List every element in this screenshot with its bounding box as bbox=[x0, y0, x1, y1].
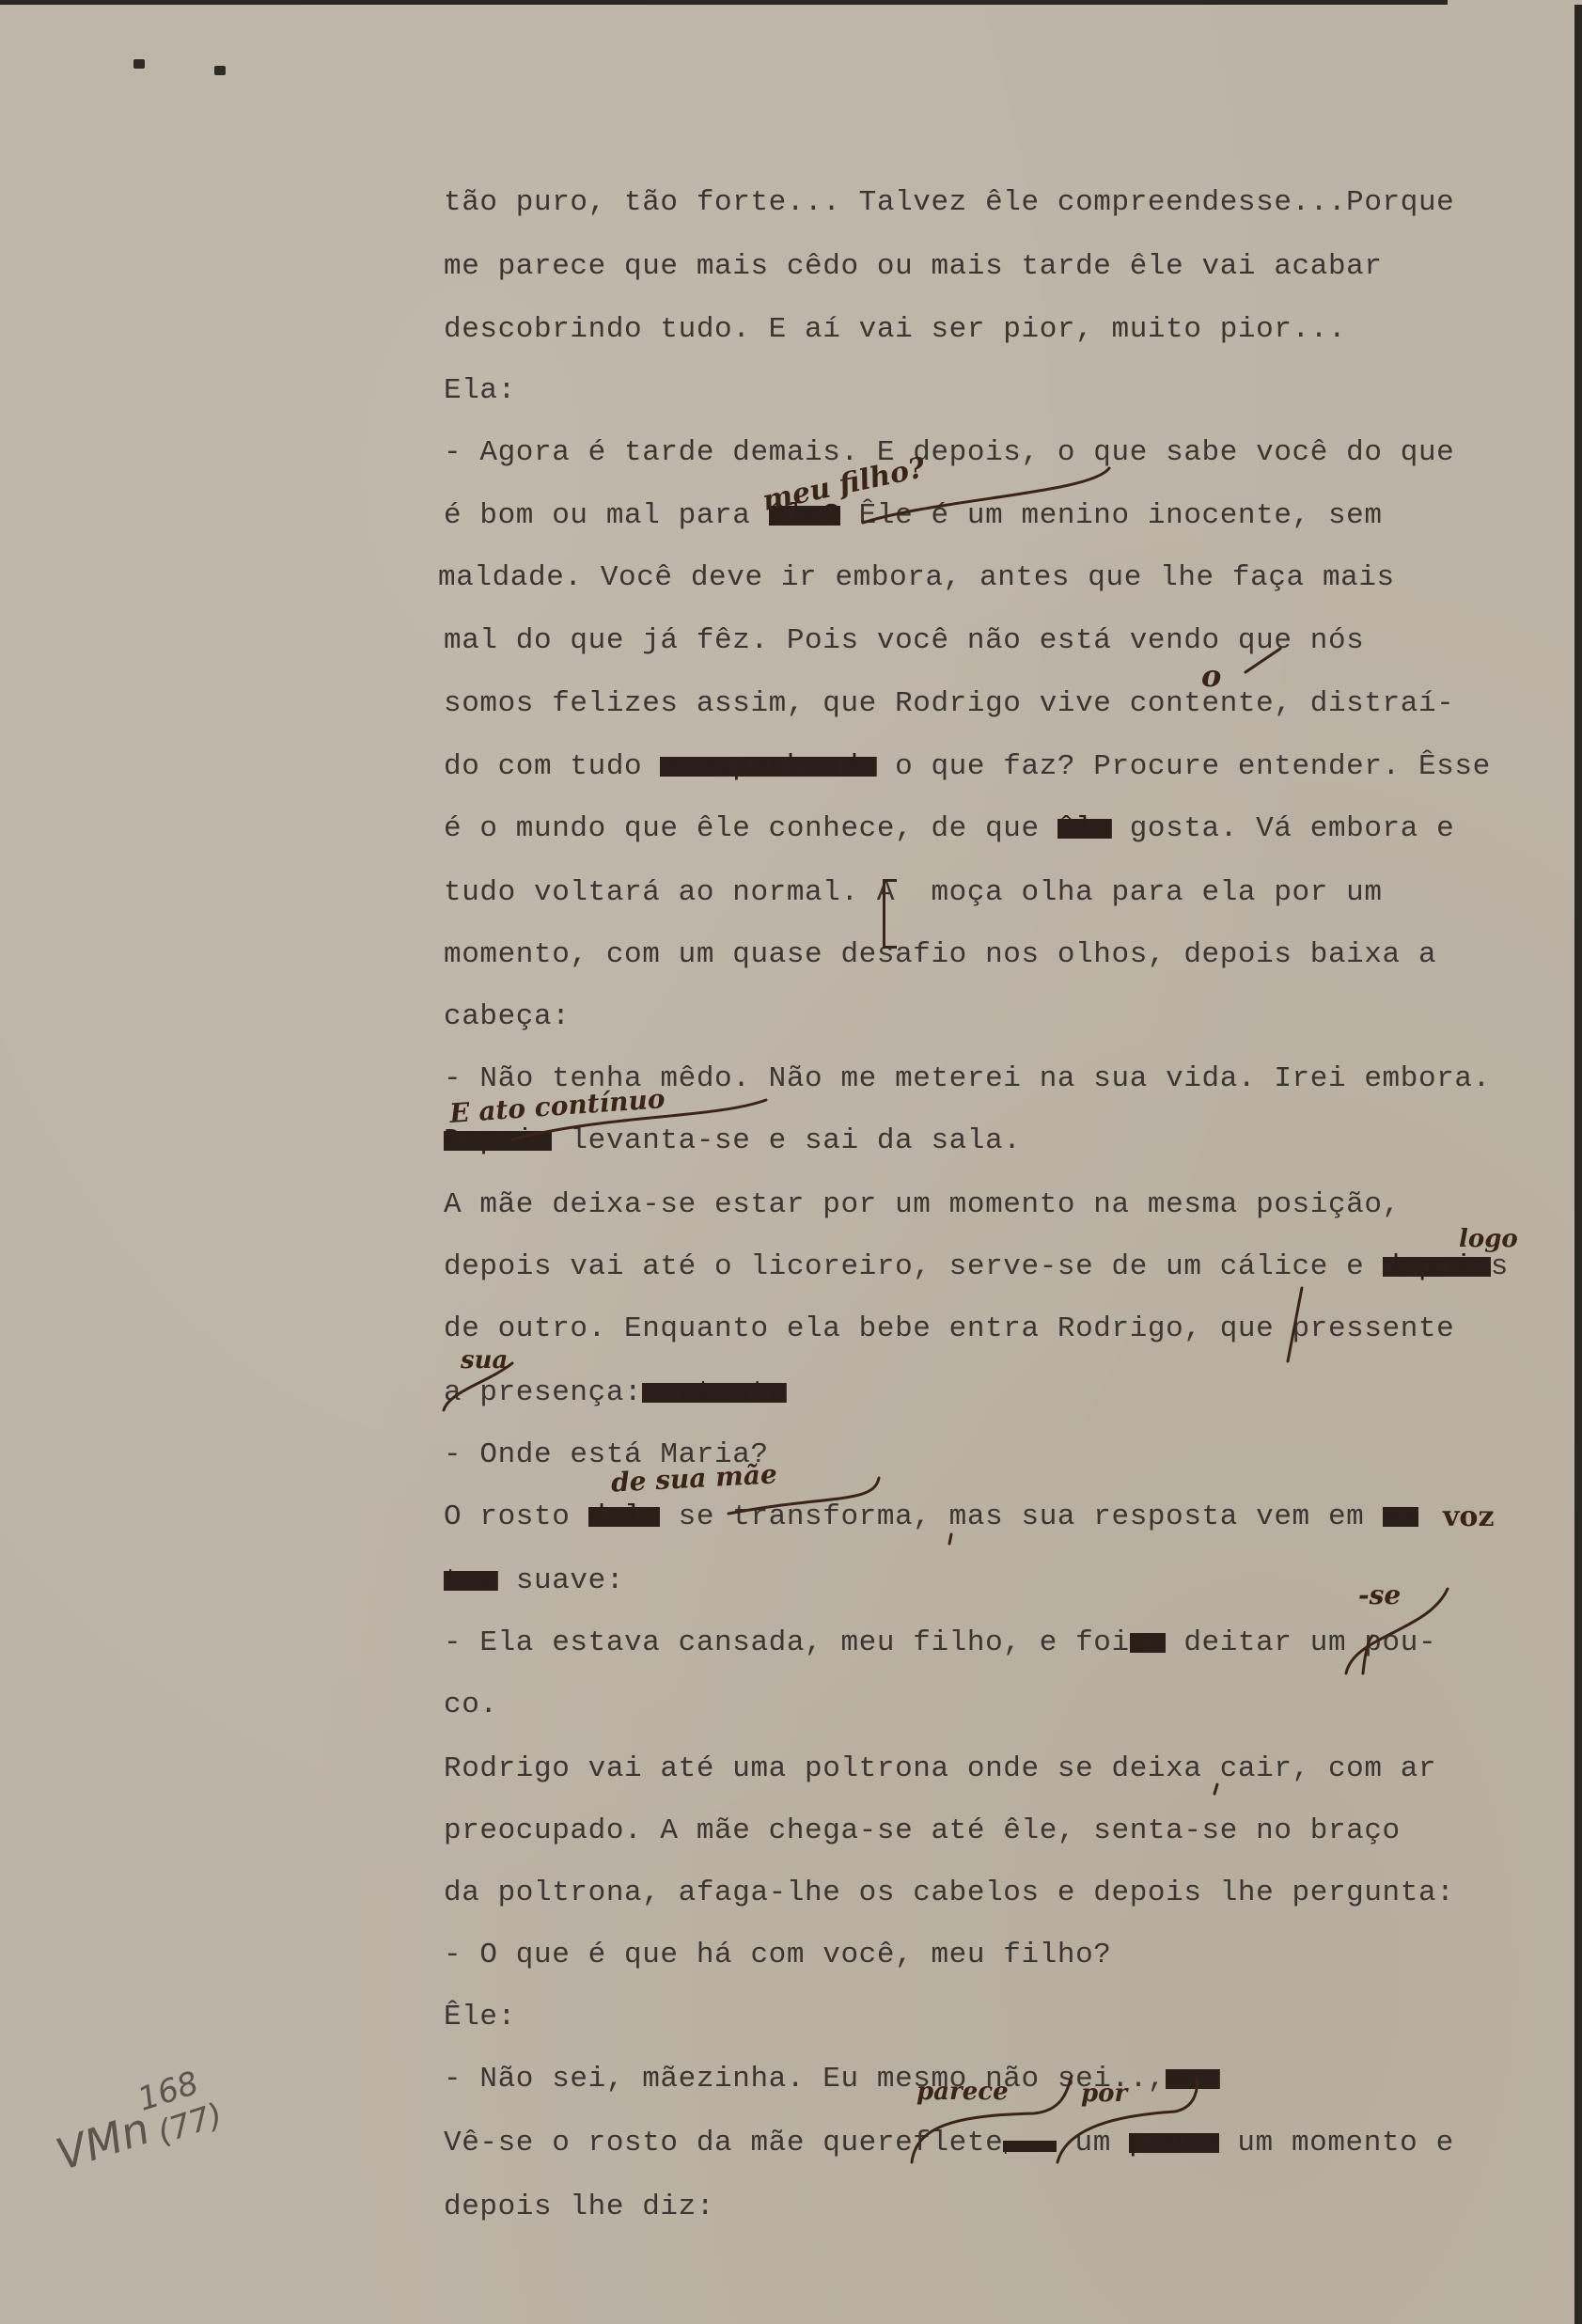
text-line: me parece que mais cêdo ou mais tarde êl… bbox=[444, 252, 1383, 281]
line-part: do com tudo bbox=[444, 750, 660, 783]
text-line: tão puro, tão forte... Talvez êle compre… bbox=[444, 188, 1454, 217]
line-part: o que faz? Procure entender. Êsse bbox=[877, 750, 1491, 783]
struck-word: pouco bbox=[1129, 2127, 1219, 2159]
text-line: Rodrigo vai até uma poltrona onde se dei… bbox=[444, 1754, 1436, 1783]
speaker-label: Êle: bbox=[444, 2002, 516, 2032]
struck-word: pouco bbox=[1003, 2137, 1057, 2156]
text-line: - Ela estava cansada, meu filho, e foise… bbox=[444, 1628, 1436, 1657]
text-line: mal do que já fêz. Pois você não está ve… bbox=[444, 626, 1364, 655]
handwritten-note: por bbox=[1081, 2080, 1127, 2108]
text-line: preocupado. A mãe chega-se até êle, sent… bbox=[444, 1816, 1401, 1845]
line-part: um bbox=[1075, 2127, 1130, 2159]
text-line: maldade. Você deve ir embora, antes que … bbox=[438, 563, 1395, 592]
paper-edge bbox=[1448, 0, 1582, 5]
text-line: tudo voltará ao normal. A moça olha para… bbox=[444, 878, 1383, 907]
text-line: somos felizes assim, que Rodrigo vive co… bbox=[444, 689, 1454, 718]
text-line: é o mundo que êle conhece, de que êle go… bbox=[444, 814, 1454, 843]
manuscript-page bbox=[0, 5, 1574, 2324]
speaker-label: Ela: bbox=[444, 376, 516, 405]
handwritten-note: -se bbox=[1358, 1579, 1401, 1610]
struck-word: acompanhando bbox=[660, 750, 876, 783]
handwritten-note: logo bbox=[1459, 1225, 1518, 1253]
text-line: cabeça: bbox=[444, 1002, 570, 1031]
line-part: gosta. Vá embora e bbox=[1112, 812, 1455, 845]
handwritten-correction: o bbox=[1201, 658, 1221, 694]
text-line: descobrindo tudo. E aí vai ser pior, mui… bbox=[444, 315, 1346, 344]
struck-word: contente bbox=[642, 1376, 787, 1409]
line-part: deitar um pou- bbox=[1166, 1626, 1436, 1659]
struck-word: êle bbox=[1057, 812, 1112, 845]
struck-word: depois bbox=[1383, 1250, 1491, 1283]
paragraph-bracket bbox=[883, 879, 897, 949]
text-line: é bom ou mal para êle? Êle é um menino i… bbox=[444, 501, 1383, 530]
line-part: a presença: bbox=[444, 1376, 642, 1409]
handwritten-correction: voz bbox=[1443, 1500, 1494, 1533]
line-part: s bbox=[1491, 1250, 1509, 1283]
line-part: - Ela estava cansada, meu filho, e foi bbox=[444, 1626, 1130, 1659]
line-part: reflete bbox=[877, 2127, 1003, 2159]
text-line: da poltrona, afaga-lhe os cabelos e depo… bbox=[444, 1878, 1454, 1908]
text-line: A mãe deixa-se estar por um momento na m… bbox=[444, 1190, 1401, 1219]
struck-word: mas bbox=[1166, 2063, 1220, 2096]
line-part: levanta-se e sai da sala. bbox=[570, 1124, 1021, 1157]
text-line: depois vai até o licoreiro, serve-se de … bbox=[444, 1252, 1509, 1281]
line-part: é o mundo que êle conhece, de que bbox=[444, 812, 1057, 845]
text-line: momento, com um quase desafio nos olhos,… bbox=[444, 940, 1436, 969]
line-part: um momento e bbox=[1219, 2127, 1454, 2159]
struck-word: tom bbox=[444, 1564, 498, 1597]
struck-word: dela bbox=[588, 1500, 661, 1533]
punch-mark-left bbox=[133, 59, 145, 69]
struck-word: se bbox=[1130, 1626, 1166, 1659]
line-part: Êle é um menino inocente, sem bbox=[840, 499, 1382, 532]
line-part: se transforma, mas sua resposta vem em bbox=[660, 1500, 1382, 1533]
text-line: O rosto dela se transforma, mas sua resp… bbox=[444, 1502, 1418, 1531]
line-part: suave: bbox=[516, 1564, 624, 1597]
struck-word: um bbox=[1383, 1500, 1418, 1533]
text-line: a presença:contente bbox=[444, 1378, 787, 1407]
text-line: depois lhe diz: bbox=[444, 2192, 714, 2222]
text-line: do com tudo acompanhando o que faz? Proc… bbox=[444, 752, 1491, 781]
text-line: de outro. Enquanto ela bebe entra Rodrig… bbox=[444, 1314, 1454, 1343]
text-line: - Agora é tarde demais. E depois, o que … bbox=[444, 438, 1454, 467]
text-line: - O que é que há com você, meu filho? bbox=[444, 1940, 1112, 1970]
struck-word: Depois bbox=[444, 1124, 552, 1157]
handwritten-note: parece bbox=[916, 2078, 1009, 2106]
line-part: é bom ou mal para bbox=[444, 499, 769, 532]
punch-mark-right bbox=[214, 66, 226, 75]
line-part: - Não sei, mãezinha. Eu mesmo não sei.., bbox=[444, 2063, 1166, 2096]
text-line: Vê-se o rosto da mãe querefletepouco um … bbox=[444, 2128, 1454, 2158]
line-part: O rosto bbox=[444, 1500, 588, 1533]
text-line: co. bbox=[444, 1690, 498, 1719]
line-part: depois vai até o licoreiro, serve-se de … bbox=[444, 1250, 1383, 1283]
line-part: Vê-se o rosto da mãe que bbox=[444, 2127, 877, 2159]
text-line: Depois levanta-se e sai da sala. bbox=[444, 1126, 1022, 1155]
handwritten-note: sua bbox=[461, 1346, 508, 1374]
text-line: tom suave: bbox=[444, 1566, 624, 1595]
